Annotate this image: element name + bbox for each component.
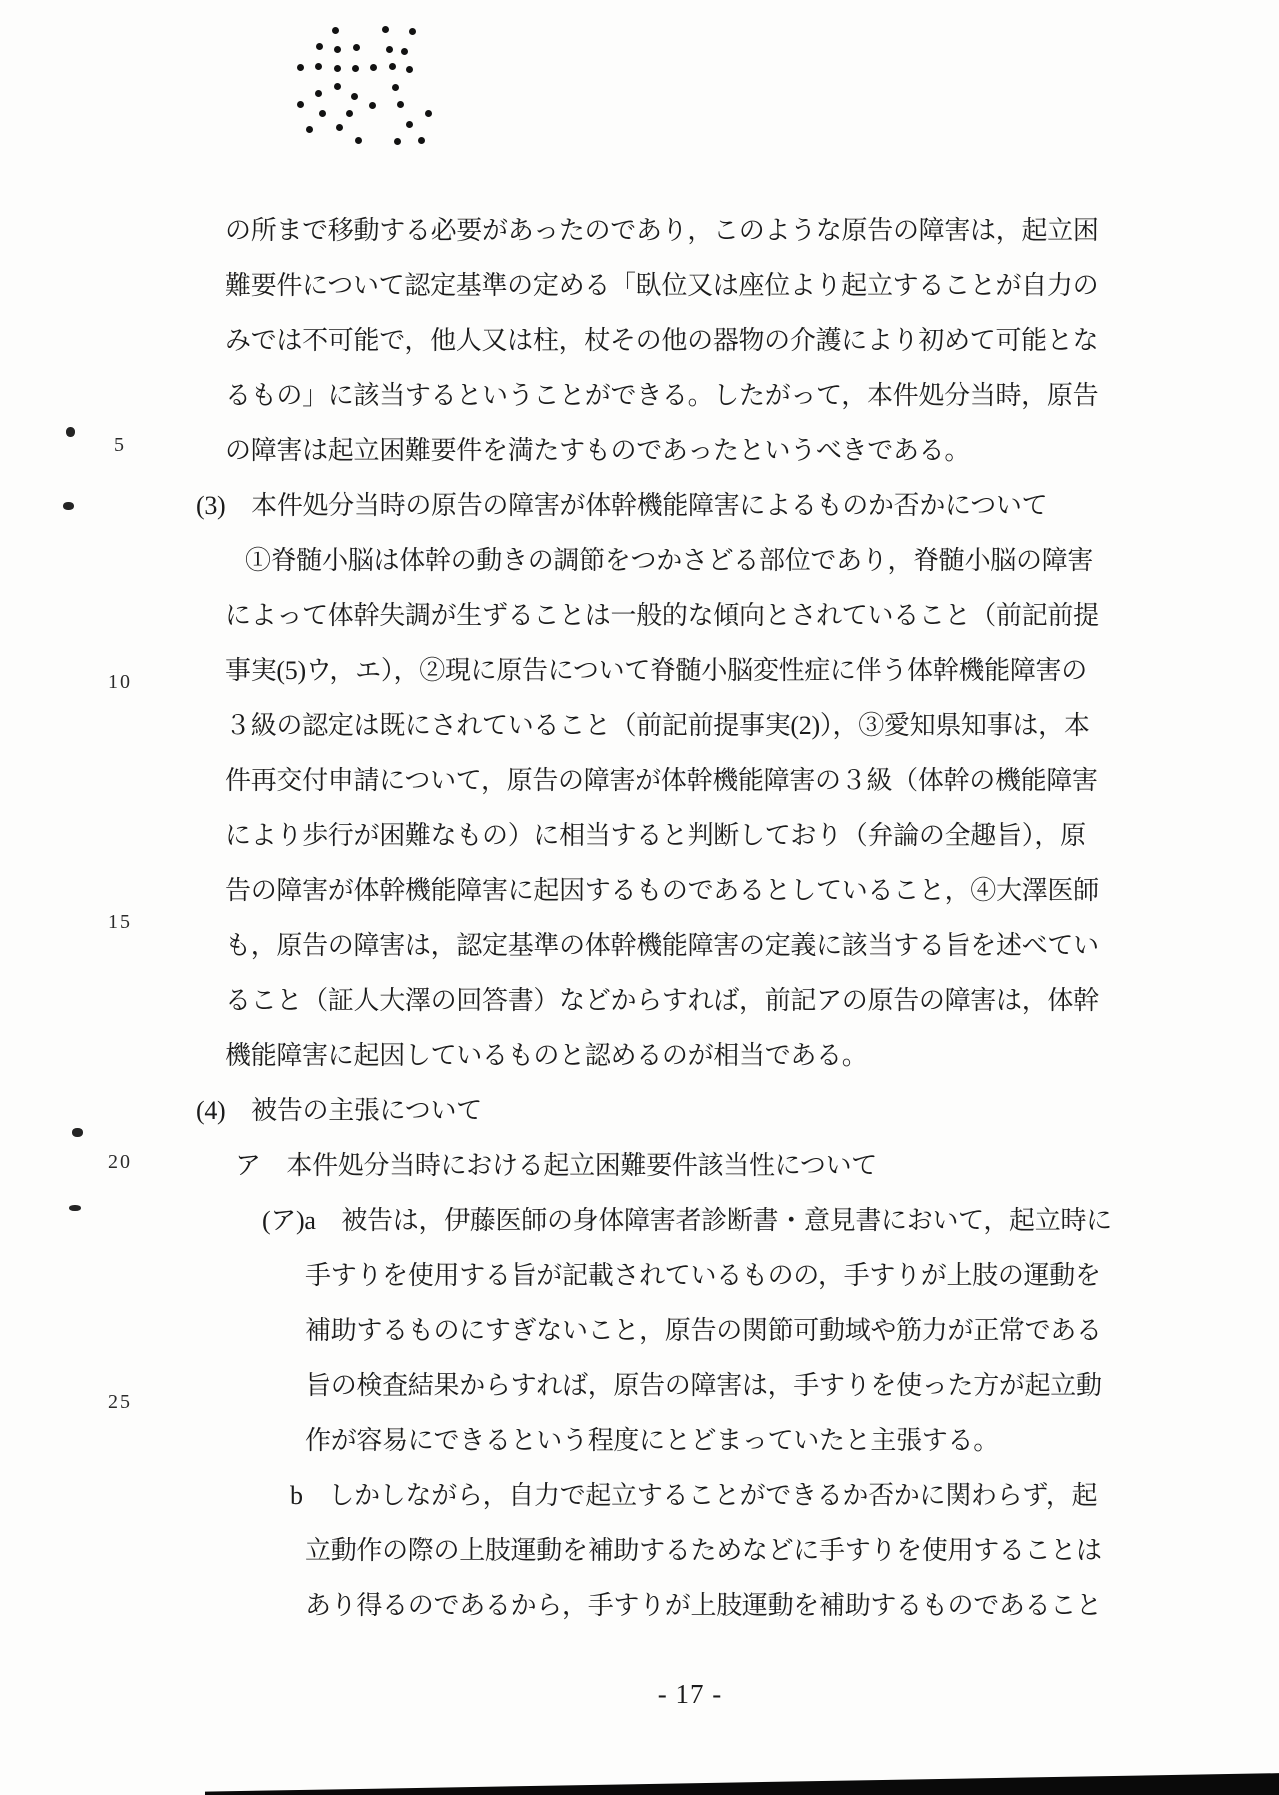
text-line: 立動作の際の上肢運動を補助するためなどに手すりを使用することは <box>196 1523 1136 1578</box>
line-number: 15 <box>92 911 148 934</box>
stamp-dot <box>389 63 396 70</box>
text-line: みでは不可能で，他人又は柱，杖その他の器物の介護により初めて可能とな <box>196 313 1136 368</box>
text-line: 手すりを使用する旨が記載されているものの，手すりが上肢の運動を <box>196 1248 1136 1303</box>
text-line: るもの」に該当するということができる。したがって，本件処分当時，原告 <box>196 368 1136 423</box>
stamp-dot <box>315 90 322 97</box>
stamp-dot <box>418 137 425 144</box>
stamp-dot <box>370 64 377 71</box>
text-line: あり得るのであるから，手すりが上肢運動を補助するものであること <box>196 1578 1136 1633</box>
judgment-text-block: の所まで移動する必要があったのであり，このような原告の障害は，起立困難要件につい… <box>196 203 1136 1633</box>
stamp-dot <box>334 46 341 53</box>
stamp-dot <box>386 46 393 53</box>
text-line: 作が容易にできるという程度にとどまっていたと主張する。 <box>196 1413 1136 1468</box>
scanned-document-page: 510152025 の所まで移動する必要があったのであり，このような原告の障害は… <box>0 0 1279 1795</box>
text-line: ①脊髄小脳は体幹の動きの調節をつかさどる部位であり，脊髄小脳の障害 <box>196 533 1136 588</box>
stamp-dot <box>425 110 432 117</box>
stamp-dot <box>306 126 313 133</box>
text-line: 機能障害に起因しているものと認めるのが相当である。 <box>196 1028 1136 1083</box>
text-line: (4) 被告の主張について <box>196 1083 1136 1138</box>
text-line: の障害は起立困難要件を満たすものであったというべきである。 <box>196 423 1136 478</box>
text-line: も，原告の障害は，認定基準の体幹機能障害の定義に該当する旨を述べてい <box>196 918 1136 973</box>
text-line: ること（証人大澤の回答書）などからすれば，前記アの原告の障害は，体幹 <box>196 973 1136 1028</box>
text-line: ３級の認定は既にされていること（前記前提事実(2)），③愛知県知事は，本 <box>196 698 1136 753</box>
dust-speck <box>66 427 75 437</box>
line-number: 25 <box>92 1391 148 1414</box>
page-number: - 17 - <box>560 1679 820 1710</box>
stamp-dot <box>334 83 341 90</box>
text-line: (ア)a 被告は，伊藤医師の身体障害者診断書・意見書において，起立時に <box>196 1193 1136 1248</box>
dust-speck <box>69 1205 81 1211</box>
stamp-dot <box>332 27 339 34</box>
text-line: により歩行が困難なもの）に相当すると判断しており（弁論の全趣旨），原 <box>196 808 1136 863</box>
scan-edge-artifact <box>205 1767 1279 1795</box>
stamp-dot <box>334 65 341 72</box>
stamp-dot <box>406 121 413 128</box>
stamp-dot <box>397 101 404 108</box>
line-number: 5 <box>92 434 148 457</box>
text-line: によって体幹失調が生ずることは一般的な傾向とされていること（前記前提 <box>196 588 1136 643</box>
text-line: 告の障害が体幹機能障害に起因するものであるとしていること，④大澤医師 <box>196 863 1136 918</box>
stamp-dot <box>315 63 322 70</box>
stamp-dot <box>369 102 376 109</box>
text-line: 補助するものにすぎないこと，原告の関節可動域や筋力が正常である <box>196 1303 1136 1358</box>
stamp-dot <box>392 84 399 91</box>
dust-speck <box>72 1128 83 1137</box>
stamp-dot <box>297 101 304 108</box>
dot-stamp-pattern <box>0 0 500 180</box>
text-line: ア 本件処分当時における起立困難要件該当性について <box>196 1138 1136 1193</box>
stamp-dot <box>336 124 343 131</box>
text-line: 事実(5)ウ，エ），②現に原告について脊髄小脳変性症に伴う体幹機能障害の <box>196 643 1136 698</box>
text-line: b しかしながら，自力で起立することができるか否かに関わらず，起 <box>196 1468 1136 1523</box>
stamp-dot <box>351 93 358 100</box>
stamp-dot <box>355 137 362 144</box>
text-line: 件再交付申請について，原告の障害が体幹機能障害の３級（体幹の機能障害 <box>196 753 1136 808</box>
stamp-dot <box>394 138 401 145</box>
stamp-dot <box>382 26 389 33</box>
text-line: (3) 本件処分当時の原告の障害が体幹機能障害によるものか否かについて <box>196 478 1136 533</box>
stamp-dot <box>297 64 304 71</box>
stamp-dot <box>353 44 360 51</box>
stamp-dot <box>401 48 408 55</box>
text-line: 難要件について認定基準の定める「臥位又は座位より起立することが自力の <box>196 258 1136 313</box>
margin-line-number-column: 510152025 <box>92 0 148 1795</box>
stamp-dot <box>316 43 323 50</box>
stamp-dot <box>346 110 353 117</box>
stamp-dot <box>409 28 416 35</box>
stamp-dot <box>406 66 413 73</box>
dust-speck <box>63 502 74 510</box>
stamp-dot <box>319 110 326 117</box>
text-line: の所まで移動する必要があったのであり，このような原告の障害は，起立困 <box>196 203 1136 258</box>
text-line: 旨の検査結果からすれば，原告の障害は，手すりを使った方が起立動 <box>196 1358 1136 1413</box>
line-number: 10 <box>92 671 148 694</box>
stamp-dot <box>352 65 359 72</box>
line-number: 20 <box>92 1151 148 1174</box>
